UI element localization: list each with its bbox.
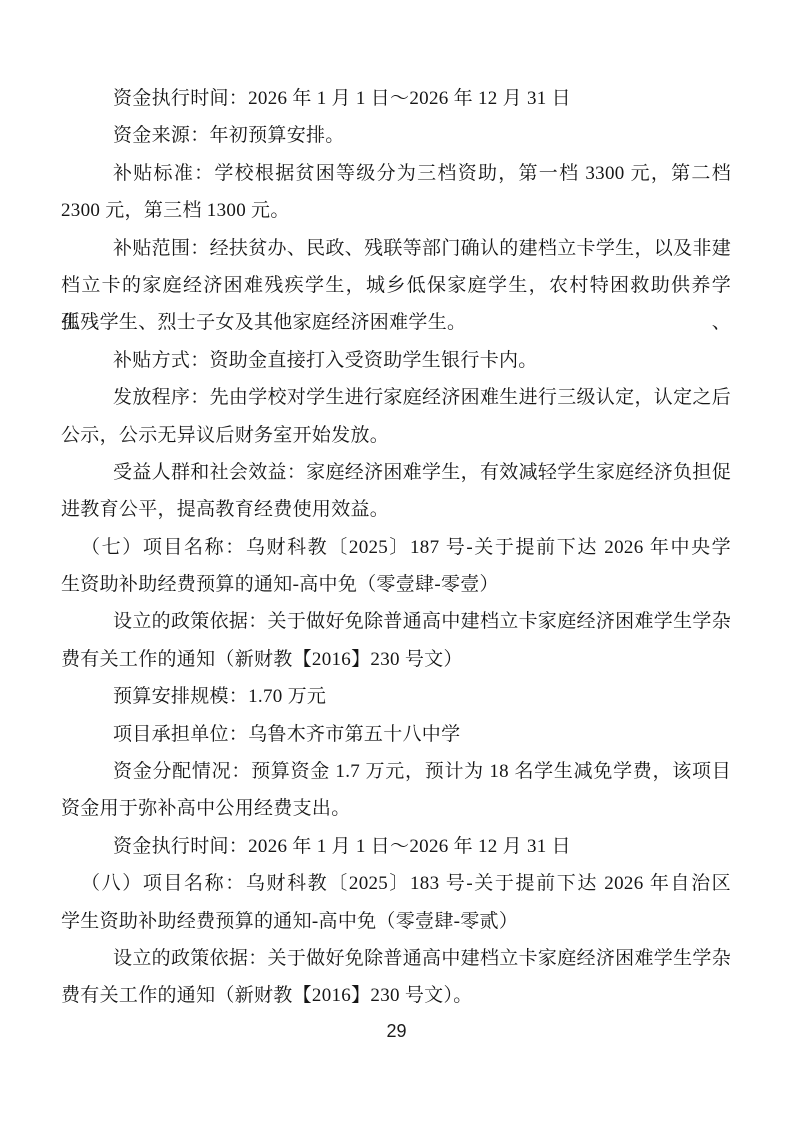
text-line: 2300 元，第三档 1300 元。	[61, 192, 731, 229]
para-beneficiaries-social-benefit: 受益人群和社会效益：家庭经济困难学生，有效减轻学生家庭经济负担促进教育公平，提高…	[61, 454, 731, 529]
para-subsidy-standard: 补贴标准：学校根据贫困等级分为三档资助，第一档 3300 元，第二档2300 元…	[61, 155, 731, 230]
text-line: （八）项目名称：乌财科教〔2025〕183 号-关于提前下达 2026 年自治区	[61, 865, 731, 902]
para-subsidy-scope: 补贴范围：经扶贫办、民政、残联等部门确认的建档立卡学生，以及非建档立卡的家庭经济…	[61, 230, 731, 342]
text-line: 项目承担单位：乌鲁木齐市第五十八中学	[61, 716, 731, 753]
text-line: 设立的政策依据：关于做好免除普通高中建档立卡家庭经济困难学生学杂	[61, 940, 731, 977]
text-line: （七）项目名称：乌财科教〔2025〕187 号-关于提前下达 2026 年中央学	[61, 529, 731, 566]
text-line: 资金执行时间：2026 年 1 月 1 日～2026 年 12 月 31 日	[61, 828, 731, 865]
para-fund-source: 资金来源：年初预算安排。	[61, 117, 731, 154]
text-line: 补贴范围：经扶贫办、民政、残联等部门确认的建档立卡学生，以及非建	[61, 230, 731, 267]
para-subsidy-method: 补贴方式：资助金直接打入受资助学生银行卡内。	[61, 342, 731, 379]
para-project-7-name: （七）项目名称：乌财科教〔2025〕187 号-关于提前下达 2026 年中央学…	[61, 529, 731, 604]
text-line: 补贴标准：学校根据贫困等级分为三档资助，第一档 3300 元，第二档	[61, 155, 731, 192]
para-project-7-budget-scale: 预算安排规模：1.70 万元	[61, 678, 731, 715]
text-line: 学生资助补助经费预算的通知-高中免（零壹肆-零贰）	[61, 903, 731, 940]
text-line: 补贴方式：资助金直接打入受资助学生银行卡内。	[61, 342, 731, 379]
page-number: 29	[0, 1021, 793, 1041]
document-page: 资金执行时间：2026 年 1 月 1 日～2026 年 12 月 31 日资金…	[0, 0, 793, 1122]
para-fund-execution-time: 资金执行时间：2026 年 1 月 1 日～2026 年 12 月 31 日	[61, 80, 731, 117]
text-line: 生资助补助经费预算的通知-高中免（零壹肆-零壹）	[61, 566, 731, 603]
text-line: 进教育公平，提高教育经费使用效益。	[61, 491, 731, 528]
para-project-8-policy-basis: 设立的政策依据：关于做好免除普通高中建档立卡家庭经济困难学生学杂费有关工作的通知…	[61, 940, 731, 1015]
text-line: 预算安排规模：1.70 万元	[61, 678, 731, 715]
document-body: 资金执行时间：2026 年 1 月 1 日～2026 年 12 月 31 日资金…	[61, 80, 731, 1015]
text-line: 资金用于弥补高中公用经费支出。	[61, 790, 731, 827]
para-project-8-name: （八）项目名称：乌财科教〔2025〕183 号-关于提前下达 2026 年自治区…	[61, 865, 731, 940]
text-line: 公示，公示无异议后财务室开始发放。	[61, 417, 731, 454]
para-distribution-procedure: 发放程序：先由学校对学生进行家庭经济困难生进行三级认定，认定之后公示，公示无异议…	[61, 379, 731, 454]
text-line: 费有关工作的通知（新财教【2016】230 号文）。	[61, 977, 731, 1014]
text-line: 受益人群和社会效益：家庭经济困难学生，有效减轻学生家庭经济负担促	[61, 454, 731, 491]
text-line: 资金执行时间：2026 年 1 月 1 日～2026 年 12 月 31 日	[61, 80, 731, 117]
text-line: 费有关工作的通知（新财教【2016】230 号文）	[61, 641, 731, 678]
text-line: 设立的政策依据：关于做好免除普通高中建档立卡家庭经济困难学生学杂	[61, 603, 731, 640]
para-project-7-fund-allocation: 资金分配情况：预算资金 1.7 万元，预计为 18 名学生减免学费，该项目资金用…	[61, 753, 731, 828]
text-line: 资金来源：年初预算安排。	[61, 117, 731, 154]
para-project-7-fund-execution-time: 资金执行时间：2026 年 1 月 1 日～2026 年 12 月 31 日	[61, 828, 731, 865]
text-line: 资金分配情况：预算资金 1.7 万元，预计为 18 名学生减免学费，该项目	[61, 753, 731, 790]
text-line: 发放程序：先由学校对学生进行家庭经济困难生进行三级认定，认定之后	[61, 379, 731, 416]
para-project-7-policy-basis: 设立的政策依据：关于做好免除普通高中建档立卡家庭经济困难学生学杂费有关工作的通知…	[61, 603, 731, 678]
text-line: 档立卡的家庭经济困难残疾学生，城乡低保家庭学生，农村特困救助供养学生、	[61, 267, 731, 304]
para-project-7-undertaking-unit: 项目承担单位：乌鲁木齐市第五十八中学	[61, 716, 731, 753]
